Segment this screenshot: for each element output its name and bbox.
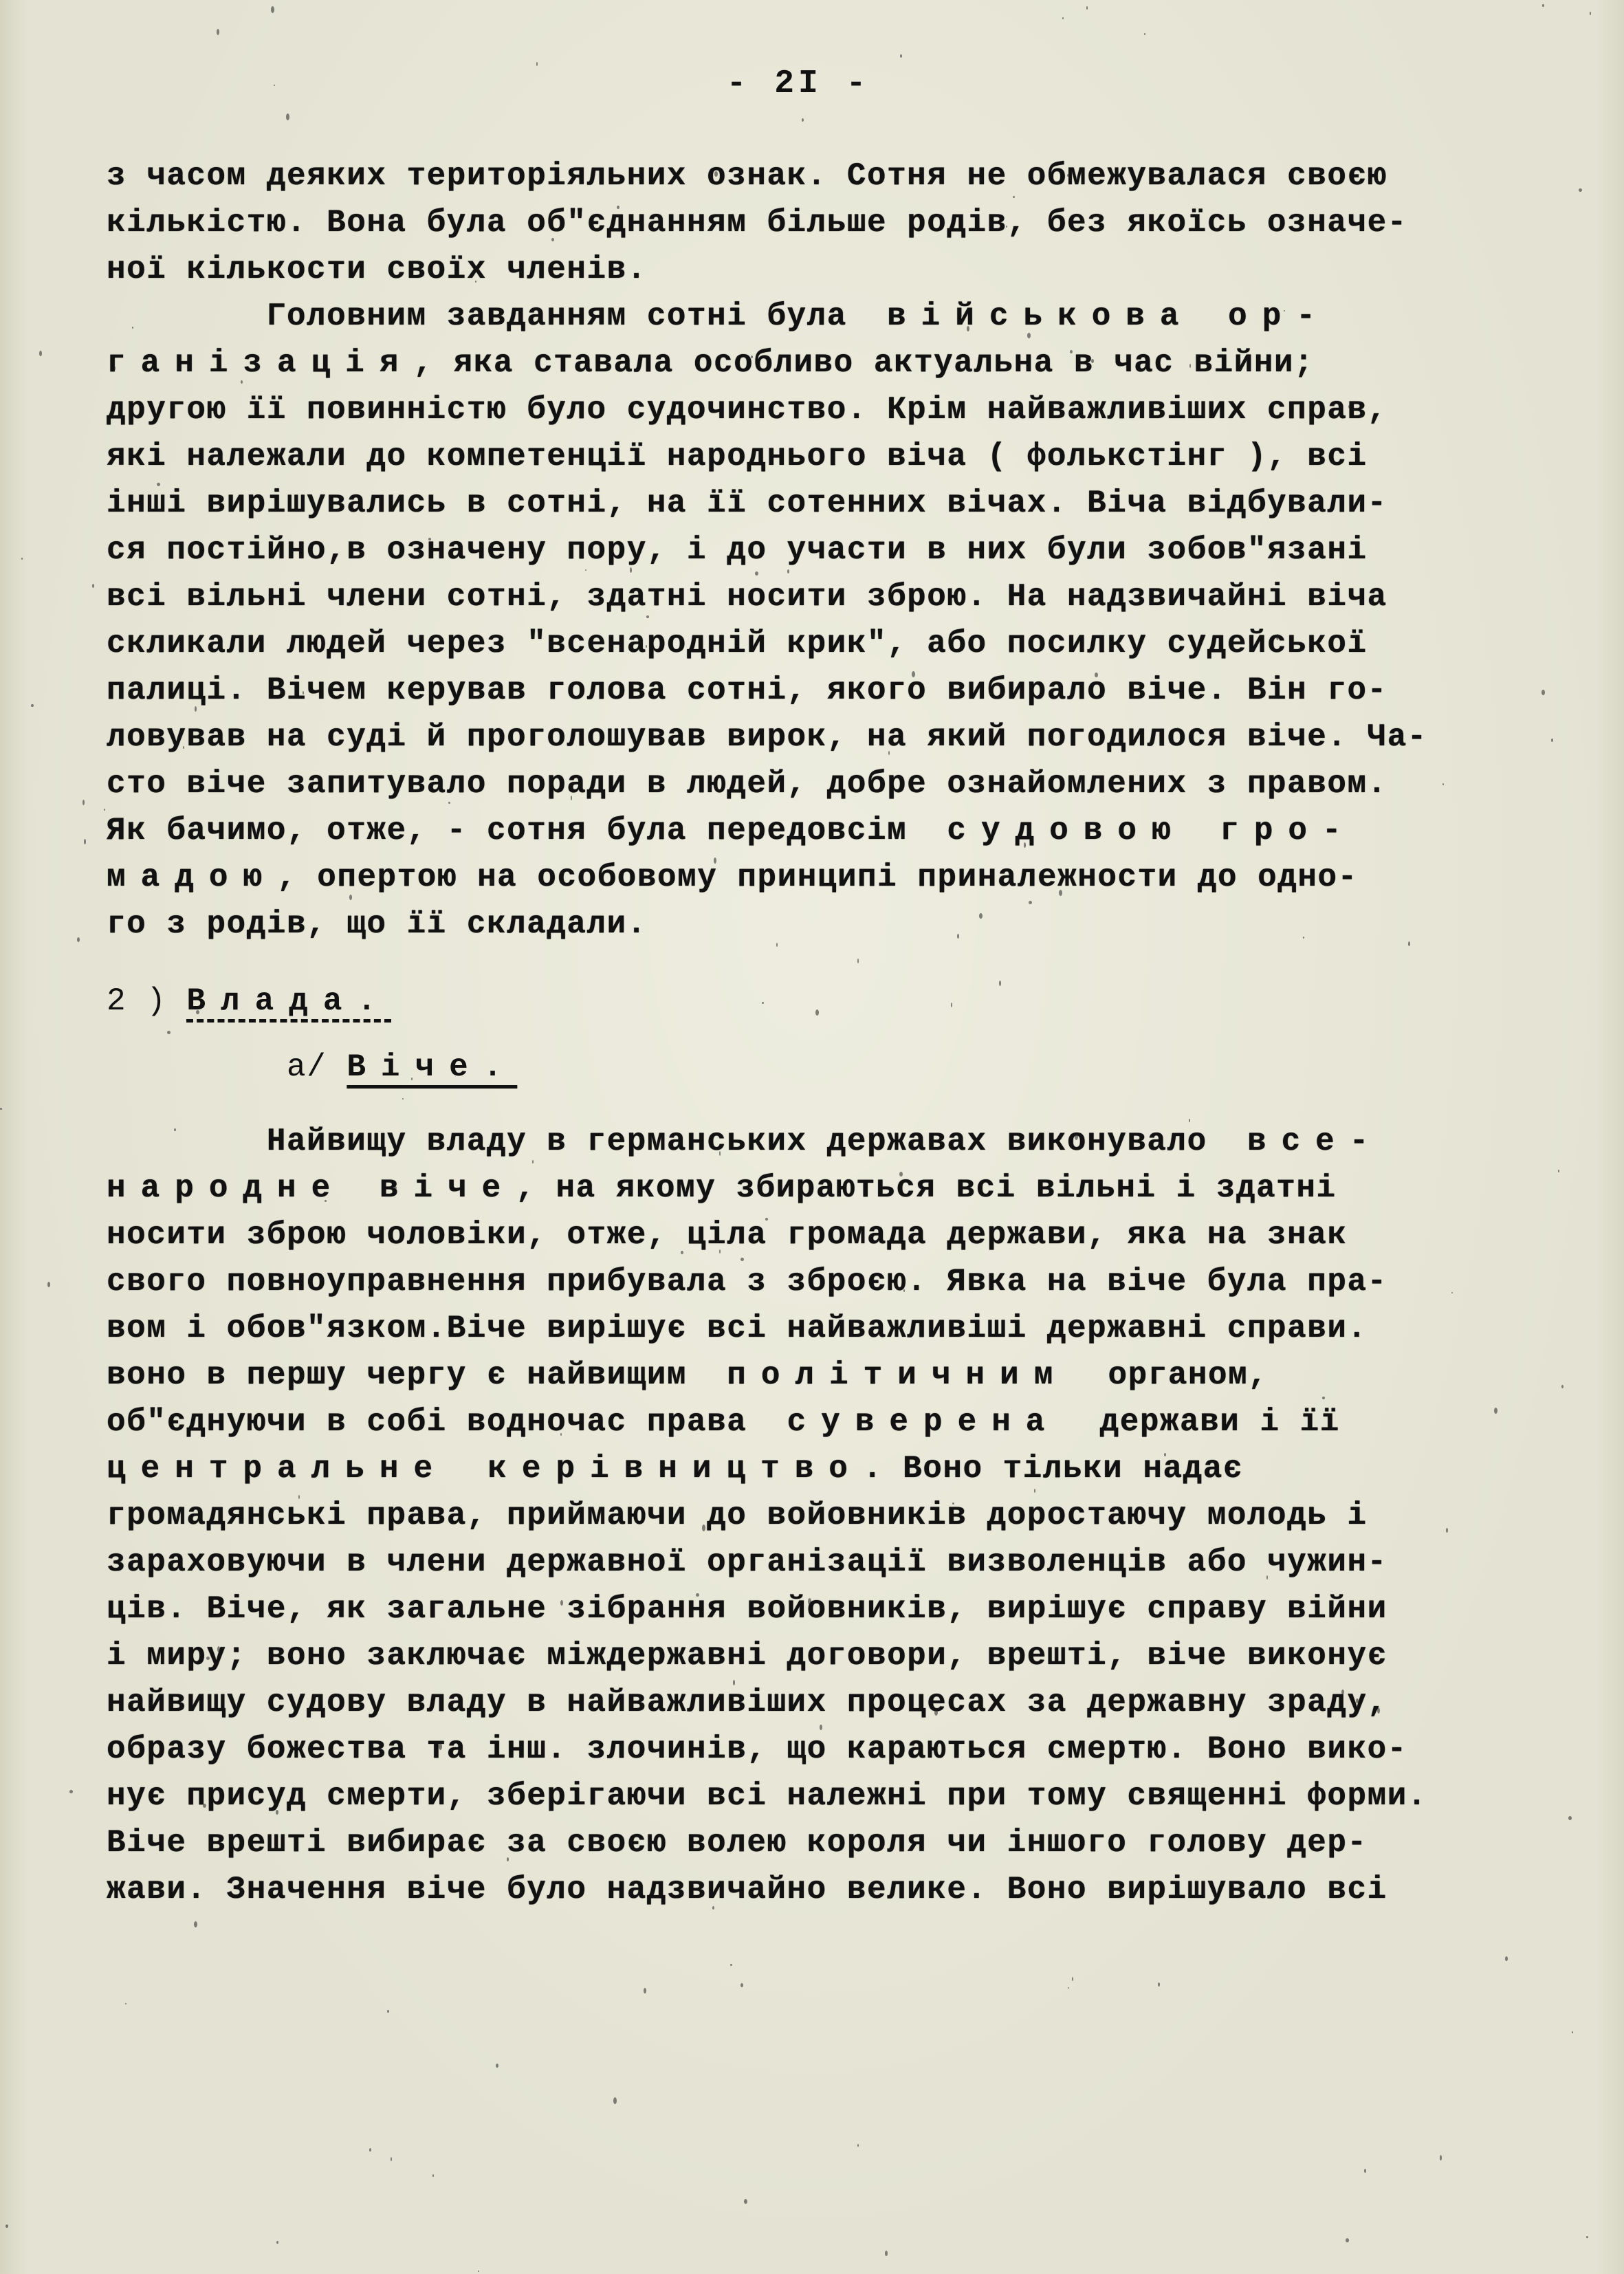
speck [1177, 728, 1178, 730]
speck [402, 1098, 404, 1100]
subsection-heading: а/ Віче. [107, 1044, 1592, 1091]
text-segment: зараховуючи в члени державної організаці… [107, 1544, 1387, 1580]
text-line: жави. Значення віче було надзвичайно вел… [107, 1866, 1592, 1913]
speck [391, 2157, 392, 2161]
text-segment: вом і обов"язком.Віче вирішує всі найваж… [107, 1311, 1368, 1346]
speck [755, 571, 758, 576]
text-segment: нує присуд смерти, зберігаючи всі належн… [107, 1778, 1427, 1814]
text-line: і миру; воно заключає міждержавні догово… [107, 1632, 1592, 1679]
speck [744, 2199, 747, 2204]
speck [1062, 17, 1064, 19]
section-heading: 2 ) Влада. [107, 978, 1592, 1025]
speck [872, 1889, 875, 1892]
page-number: - 2I - [0, 65, 1624, 102]
speck [125, 2003, 127, 2004]
speck [47, 1282, 50, 1287]
speck [1442, 783, 1444, 785]
text-segment: , яка ставала особливо актуальна в час в… [413, 345, 1314, 381]
speck [585, 569, 586, 571]
document-body: з часом деяких територіяльних ознак. Сот… [107, 153, 1592, 1913]
emphasized-spaced-text: все- [1247, 1124, 1383, 1159]
speck [221, 509, 223, 511]
speck [1572, 2031, 1573, 2033]
speck [298, 1495, 300, 1499]
text-segment: , на якому збираються всі вільні і здатн… [516, 1170, 1336, 1206]
text-segment: другою її повинністю було судочинство. К… [107, 392, 1387, 428]
speck [646, 615, 649, 618]
text-segment: Віче врешті вибирає за своєю волею корол… [107, 1825, 1368, 1861]
speck [762, 1002, 764, 1004]
speck [1070, 350, 1073, 353]
speck [271, 6, 274, 13]
text-line: найвищу судову владу в найважливіших про… [107, 1679, 1592, 1726]
speck [1348, 405, 1350, 408]
speck [991, 873, 992, 875]
speck [114, 367, 116, 370]
speck [83, 800, 85, 805]
text-line: палиці. Вічем керував голова сотні, яког… [107, 667, 1592, 714]
speck [1158, 1982, 1160, 1987]
speck [613, 2097, 617, 2104]
speck [1091, 359, 1094, 363]
text-segment: органом, [1068, 1357, 1268, 1393]
text-line: го з родів, що її складали. [107, 901, 1592, 948]
emphasized-spaced-text: військова ор- [887, 298, 1330, 334]
text-segment: Як бачимо, отже, - сотня була передовсім [107, 813, 947, 849]
text-line: зараховуючи в члени державної організаці… [107, 1539, 1592, 1586]
speck [560, 1600, 563, 1606]
speck [702, 1524, 705, 1531]
text-line: Як бачимо, отже, - сотня була передовсім… [107, 807, 1592, 854]
text-line: об"єднуючи в собі водночас права суверен… [107, 1399, 1592, 1445]
speck [532, 1160, 534, 1163]
speck [951, 1003, 952, 1007]
speck [1322, 1397, 1325, 1399]
text-segment: ної кількости своїх членів. [107, 252, 647, 287]
speck [174, 1128, 176, 1131]
speck [387, 2010, 389, 2013]
speck [1542, 4, 1544, 7]
speck [325, 1200, 327, 1202]
speck [714, 857, 716, 864]
speck [1494, 1408, 1497, 1414]
text-line: громадянські права, приймаючи до войовни… [107, 1492, 1592, 1539]
speck [787, 569, 789, 573]
text-line: Віче врешті вибирає за своєю волею корол… [107, 1819, 1592, 1866]
speck [276, 2241, 278, 2244]
speck [369, 2148, 371, 2152]
section-heading-block: 2 ) Влада. а/ Віче. [107, 978, 1592, 1091]
speck [1013, 196, 1015, 198]
text-line: кількістю. Вона була об"єднанням більше … [107, 199, 1592, 246]
speck [1027, 333, 1031, 338]
speck [92, 584, 94, 588]
speck [368, 1286, 371, 1289]
text-segment: Найвищу владу в германських державах вик… [107, 1124, 1247, 1159]
speck [751, 356, 753, 358]
speck [349, 895, 352, 900]
speck [1451, 1292, 1453, 1293]
text-line: воно в першу чергу є найвищим політичним… [107, 1352, 1592, 1399]
speck [217, 1646, 220, 1652]
text-segment: об"єднуючи в собі водночас права [107, 1404, 787, 1440]
emphasized-spaced-text: політичним [727, 1357, 1068, 1393]
speck [217, 29, 219, 35]
speck [1408, 941, 1410, 946]
speck [1284, 310, 1285, 311]
speck [657, 507, 659, 510]
speck [740, 1258, 744, 1261]
speck [432, 2174, 434, 2177]
speck [776, 943, 778, 947]
text-segment: найвищу судову владу в найважливіших про… [107, 1685, 1387, 1720]
speck [77, 937, 80, 942]
speck [1505, 1956, 1508, 1961]
text-line: ної кількости своїх членів. [107, 246, 1592, 293]
text-line: образу божества та інш. злочинів, що кар… [107, 1726, 1592, 1773]
speck [733, 1680, 735, 1685]
speck [1266, 1575, 1268, 1579]
speck [1558, 1170, 1559, 1172]
text-segment: ловував на суді й проголошував вирок, на… [107, 719, 1427, 755]
speck [1579, 188, 1582, 192]
speck [6, 2224, 8, 2228]
speck [857, 959, 859, 963]
speck [0, 1108, 2, 1110]
speck [428, 538, 431, 540]
speck [1086, 6, 1088, 10]
text-line: ців. Віче, як загальне зібрання войовник… [107, 1586, 1592, 1632]
speck [740, 1983, 743, 1987]
speck [490, 878, 493, 884]
text-line: з часом деяких територіяльних ознак. Сот… [107, 153, 1592, 199]
speck [957, 934, 959, 939]
speck [39, 351, 42, 356]
text-segment: і миру; воно заключає міждержавні догово… [107, 1638, 1387, 1674]
text-segment [448, 1451, 487, 1487]
speck [1029, 901, 1032, 904]
speck [714, 171, 718, 177]
text-line: інші вирішувались в сотні, на її сотенни… [107, 480, 1592, 527]
speck [900, 54, 902, 58]
speck [394, 1186, 397, 1190]
speck [132, 327, 133, 329]
speck [196, 1010, 199, 1014]
text-segment: ців. Віче, як загальне зібрання войовник… [107, 1591, 1387, 1627]
emphasized-spaced-text: суверена [787, 1404, 1060, 1440]
paragraph-viche-power: Найвищу владу в германських державах вик… [107, 1118, 1592, 1913]
text-segment: носити зброю чоловіки, отже, ціла громад… [107, 1217, 1347, 1253]
speck [536, 62, 538, 66]
speck [21, 558, 23, 560]
text-segment: жави. Значення віче було надзвичайно вел… [107, 1872, 1387, 1907]
speck [1024, 842, 1026, 848]
speck [730, 1964, 732, 1966]
text-line: народне віче, на якому збираються всі ві… [107, 1165, 1592, 1212]
text-line: Головним завданням сотні була військова … [107, 293, 1592, 340]
text-segment: палиці. Вічем керував голова сотні, яког… [107, 673, 1387, 708]
emphasized-spaced-text: центральне [107, 1451, 448, 1487]
speck [1551, 739, 1553, 742]
text-line: скликали людей через "всенародній крик",… [107, 620, 1592, 667]
text-segment: з часом деяких територіяльних ознак. Сот… [107, 158, 1387, 194]
text-segment: ся постійно,в означену пору, і до участи… [107, 532, 1368, 568]
speck [439, 1743, 442, 1750]
speck [967, 326, 969, 331]
speck [815, 1009, 819, 1016]
text-segment: інші вирішувались в сотні, на її сотенни… [107, 485, 1387, 521]
speck [303, 691, 304, 695]
speck [820, 1725, 822, 1730]
text-segment: Головним завданням сотні була [107, 298, 887, 334]
speck [1189, 364, 1191, 368]
text-line: центральне керівництво. Воно тільки нада… [107, 1445, 1592, 1492]
text-segment: го з родів, що її складали. [107, 906, 647, 942]
speck [1590, 12, 1591, 15]
speck [903, 1289, 905, 1292]
speck [195, 706, 197, 712]
text-line: нує присуд смерти, зберігаючи всі належн… [107, 1773, 1592, 1819]
speck [1364, 2169, 1366, 2173]
speck [899, 1172, 903, 1177]
emphasized-spaced-text: судовою гро- [947, 813, 1356, 849]
speck [1440, 2155, 1442, 2161]
text-segment: скликали людей через "всенародній крик",… [107, 626, 1368, 662]
speck [1276, 634, 1279, 640]
speck [1346, 2238, 1349, 2242]
speck [1189, 1119, 1190, 1122]
speck [286, 113, 289, 120]
speck [1068, 1987, 1069, 1989]
speck [1356, 1698, 1359, 1703]
text-segment: . Воно тільки надає [863, 1451, 1243, 1487]
speck [1072, 1977, 1073, 1981]
text-line: Найвищу владу в германських державах вик… [107, 1118, 1592, 1165]
speck [551, 238, 554, 241]
subsection-title: Віче. [347, 1049, 517, 1085]
page-number-label: - 2I - [727, 65, 870, 102]
speck [1034, 1489, 1035, 1493]
speck [448, 802, 450, 804]
speck [617, 206, 619, 209]
emphasized-spaced-text: народне віче [107, 1170, 516, 1206]
speck [1144, 33, 1145, 35]
speck [712, 1906, 714, 1910]
speck [796, 1275, 798, 1277]
speck [496, 2064, 498, 2068]
speck [1377, 1707, 1380, 1714]
speck [31, 704, 34, 707]
text-segment: образу божества та інш. злочинів, що кар… [107, 1731, 1407, 1767]
subsection-number: а/ [287, 1049, 347, 1085]
emphasized-spaced-text: мадою [107, 860, 277, 895]
speck [802, 118, 804, 122]
speck [475, 281, 476, 283]
section-title: Влада. [186, 983, 391, 1019]
speck [646, 645, 647, 648]
speck [1164, 1453, 1166, 1456]
text-line: другою її повинністю було судочинство. К… [107, 386, 1592, 433]
speck [681, 1251, 683, 1254]
speck [979, 913, 983, 919]
paragraph-sotnia-size: з часом деяких територіяльних ознак. Сот… [107, 153, 1592, 293]
text-line: всі вільні члени сотні, здатні носити зб… [107, 573, 1592, 620]
typewritten-page: - 2I - з часом деяких територіяльних озн… [0, 0, 1624, 2274]
speck [808, 1598, 811, 1605]
text-line: мадою, опертою на особовому принципі при… [107, 854, 1592, 901]
speck [478, 2271, 479, 2272]
text-segment: які належали до компетенції народнього в… [107, 439, 1368, 474]
speck [194, 1921, 197, 1927]
speck [241, 380, 243, 384]
section-number: 2 ) [107, 983, 186, 1019]
speck [999, 981, 1001, 986]
speck [1067, 174, 1069, 177]
speck [276, 1810, 278, 1815]
speck [206, 1657, 210, 1660]
speck [274, 85, 275, 86]
speck [560, 1433, 562, 1436]
speck [84, 839, 86, 844]
speck [157, 483, 160, 486]
text-segment: громадянські права, приймаючи до войовни… [107, 1498, 1368, 1533]
text-segment: воно в першу чергу є найвищим [107, 1357, 727, 1393]
text-segment: держави і її [1060, 1404, 1339, 1440]
speck [1561, 1385, 1563, 1388]
speck [1006, 226, 1007, 228]
speck [571, 796, 572, 800]
text-line: сто віче запитувало поради в людей, добр… [107, 761, 1592, 807]
speck [167, 1031, 171, 1034]
text-line: ганізація, яка ставала особливо актуальн… [107, 340, 1592, 386]
speck [1059, 890, 1062, 896]
paragraph-sotnia-tasks: Головним завданням сотні була військова … [107, 293, 1592, 948]
text-line: ловував на суді й проголошував вирок, на… [107, 714, 1592, 761]
speck [912, 671, 915, 677]
speck [1341, 1690, 1344, 1694]
text-segment: всі вільні члени сотні, здатні носити зб… [107, 579, 1387, 615]
speck [1586, 2236, 1588, 2238]
speck [448, 1331, 450, 1335]
speck [719, 1249, 721, 1254]
speck [507, 1857, 509, 1861]
text-line: які належали до компетенції народнього в… [107, 433, 1592, 480]
text-segment: сто віче запитувало поради в людей, добр… [107, 766, 1387, 802]
text-segment: кількістю. Вона була об"єднанням більше … [107, 205, 1407, 241]
speck [696, 1593, 699, 1597]
speck [1568, 1816, 1572, 1820]
speck [765, 1218, 768, 1221]
speck [719, 1151, 721, 1156]
speck [69, 1790, 73, 1793]
text-segment: свого повноуправнення прибувала з зброєю… [107, 1264, 1387, 1300]
text-line: свого повноуправнення прибувала з зброєю… [107, 1258, 1592, 1305]
speck [871, 634, 873, 637]
speck [1095, 673, 1098, 677]
speck [1541, 690, 1545, 695]
speck [885, 2251, 888, 2256]
speck [888, 751, 890, 755]
text-segment: , опертою на особовому принципі приналеж… [277, 860, 1358, 895]
speck [411, 1078, 413, 1080]
speck [203, 1804, 206, 1808]
speck [104, 809, 105, 811]
speck [183, 746, 184, 749]
emphasized-spaced-text: керівництво [487, 1451, 863, 1487]
speck [1303, 937, 1304, 939]
speck [857, 2144, 859, 2147]
speck [644, 1988, 646, 1993]
speck [1075, 1134, 1078, 1140]
text-line: вом і обов"язком.Віче вирішує всі найваж… [107, 1305, 1592, 1352]
speck [952, 1502, 954, 1505]
speck [1446, 1528, 1448, 1533]
speck [630, 567, 632, 573]
text-line: ся постійно,в означену пору, і до участи… [107, 527, 1592, 573]
text-line: носити зброю чоловіки, отже, ціла громад… [107, 1212, 1592, 1258]
emphasized-spaced-text: ганізація [107, 345, 413, 381]
speck [934, 1709, 938, 1716]
